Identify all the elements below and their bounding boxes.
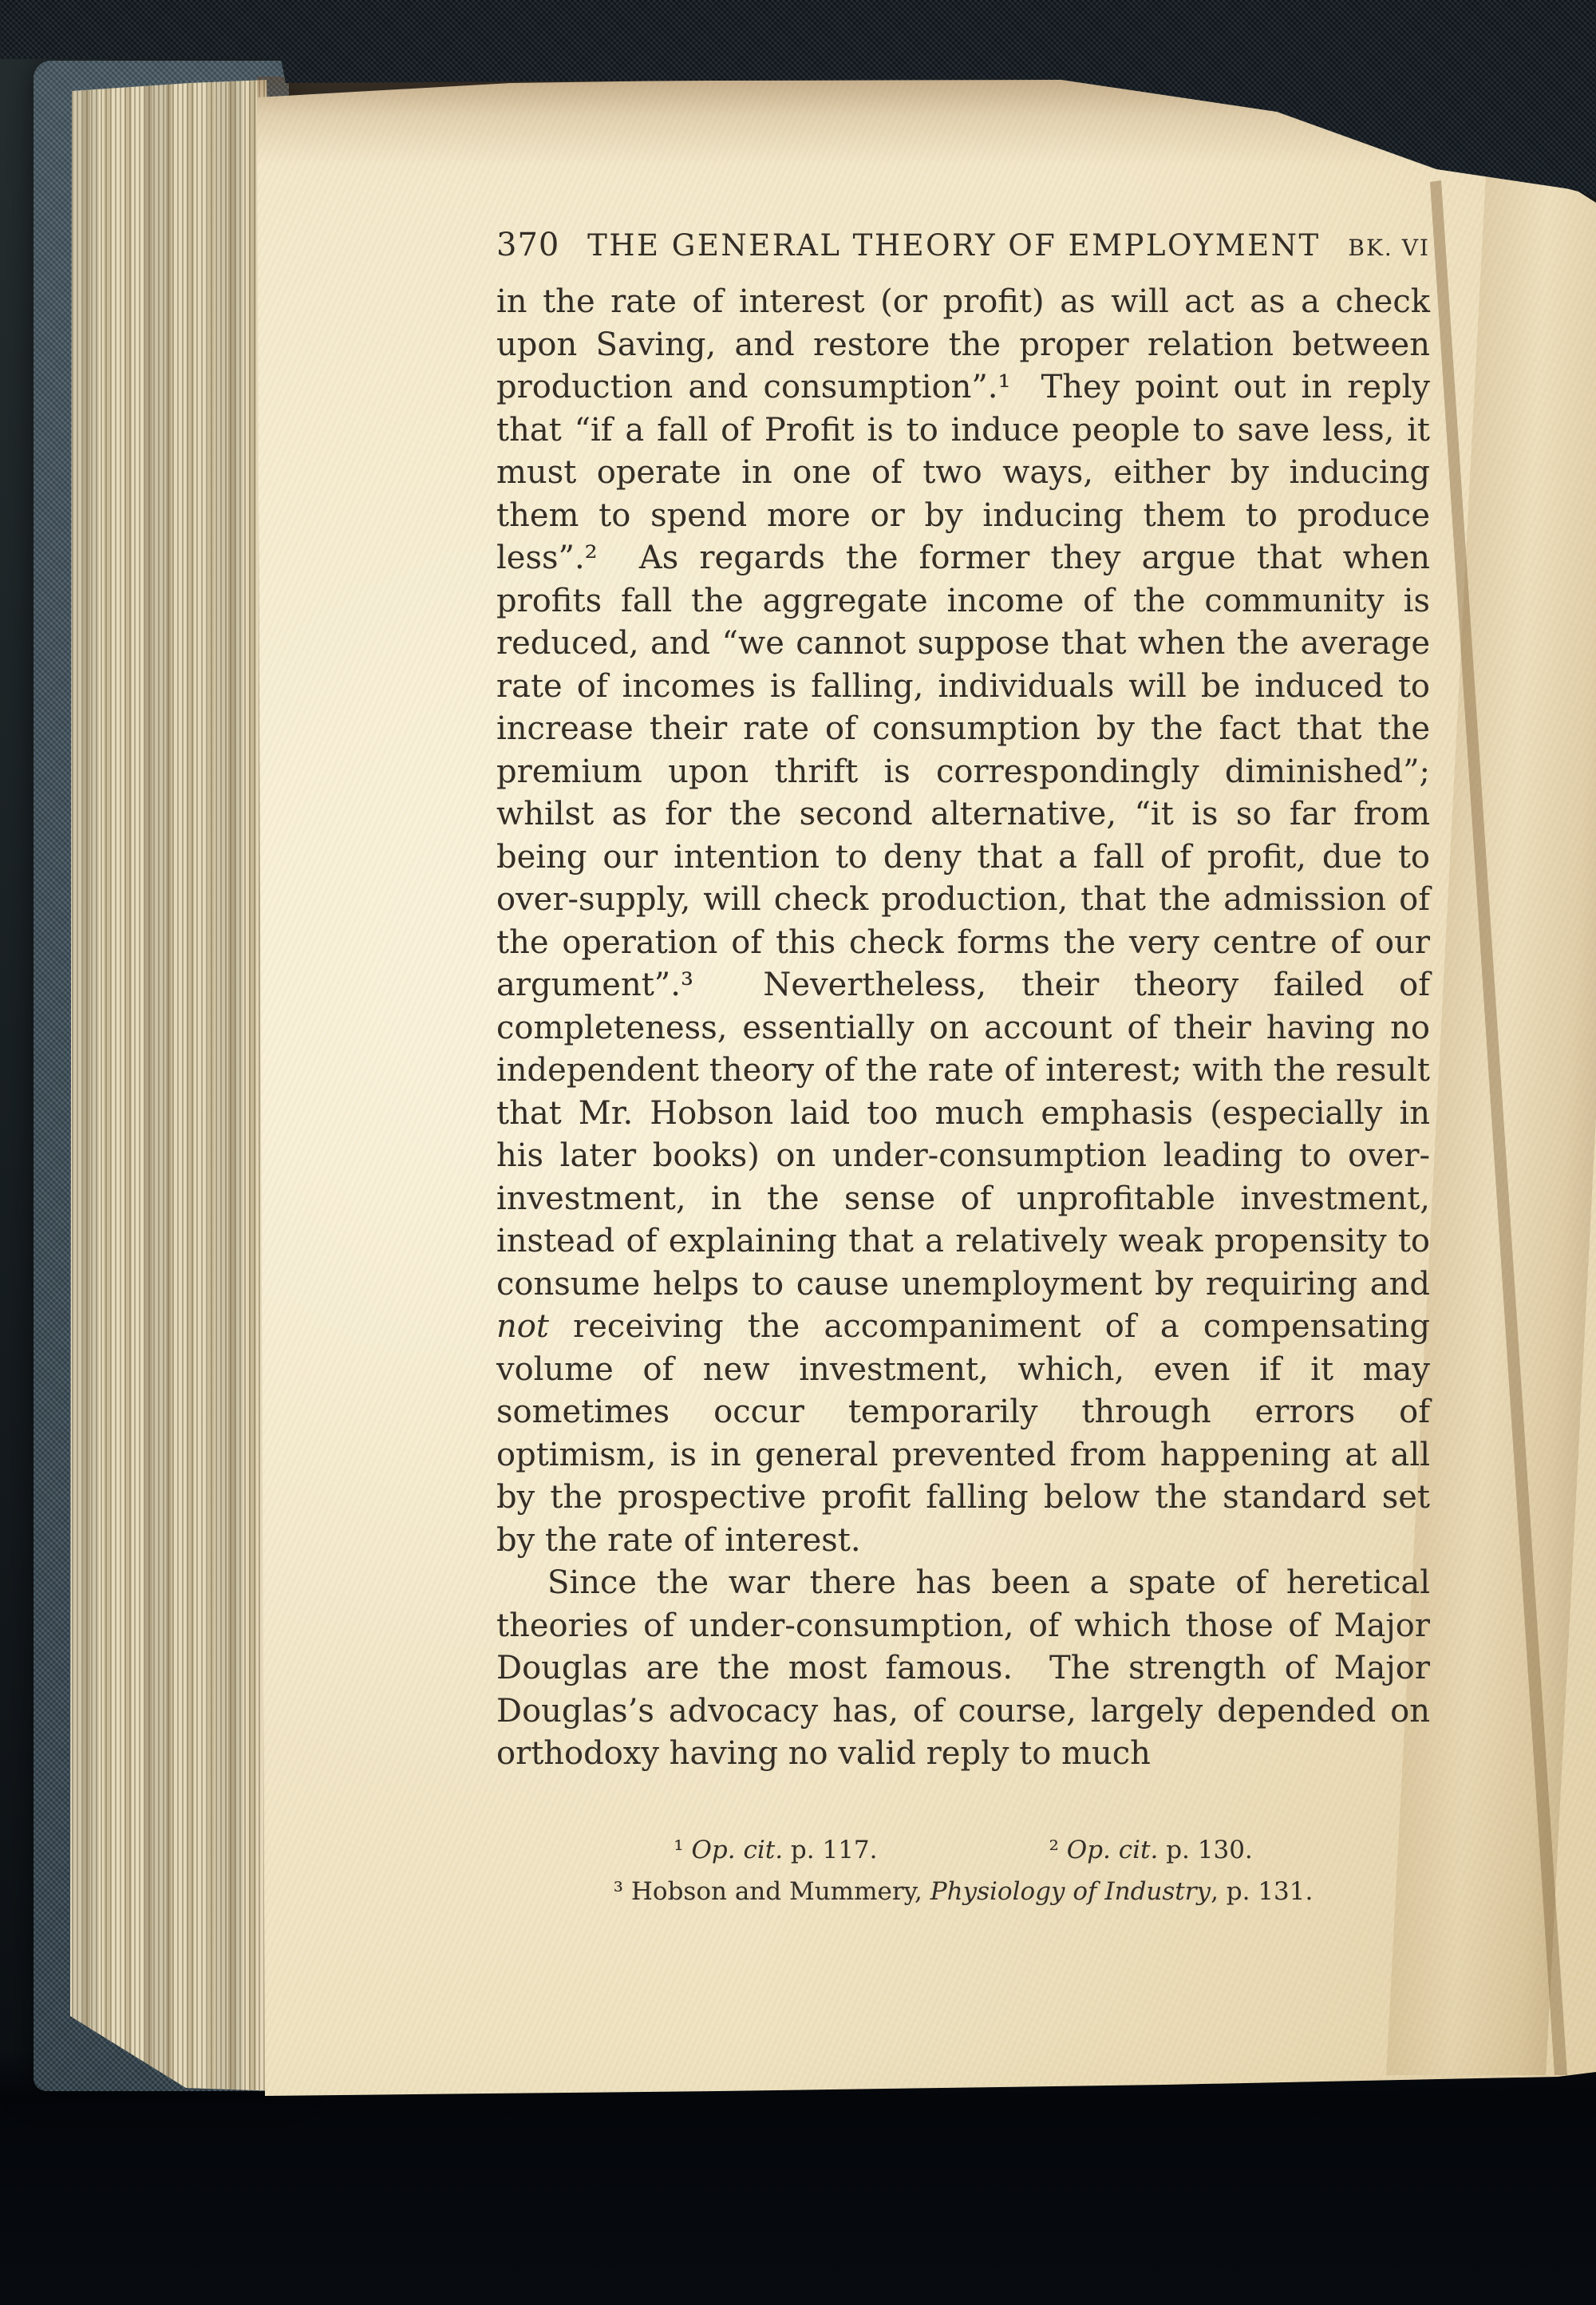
running-header: 370 THE GENERAL THEORY OF EMPLOYMENT BK.… <box>496 227 1430 263</box>
footnote-1: ¹ Op. cit. p. 117. <box>674 1829 877 1871</box>
page-number: 370 <box>496 227 559 263</box>
footnote-row: ³ Hobson and Mummery, Physiology of Indu… <box>496 1871 1430 1912</box>
footnote-3: ³ Hobson and Mummery, Physiology of Indu… <box>614 1877 1314 1906</box>
footnote-row: ¹ Op. cit. p. 117. ² Op. cit. p. 130. <box>496 1829 1430 1871</box>
book-section-label: BK. VI <box>1348 235 1430 261</box>
footnotes: ¹ Op. cit. p. 117. ² Op. cit. p. 130. ³ … <box>496 1829 1430 1912</box>
paragraph: Since the war there has been a spate of … <box>496 1562 1430 1776</box>
paragraph: in the rate of interest (or profit) as w… <box>496 281 1430 1562</box>
running-title: THE GENERAL THEORY OF EMPLOYMENT <box>587 228 1321 263</box>
body-text: in the rate of interest (or profit) as w… <box>496 281 1430 1776</box>
book-photograph: 370 THE GENERAL THEORY OF EMPLOYMENT BK.… <box>0 0 1596 2305</box>
footnote-2: ² Op. cit. p. 130. <box>1049 1829 1253 1871</box>
